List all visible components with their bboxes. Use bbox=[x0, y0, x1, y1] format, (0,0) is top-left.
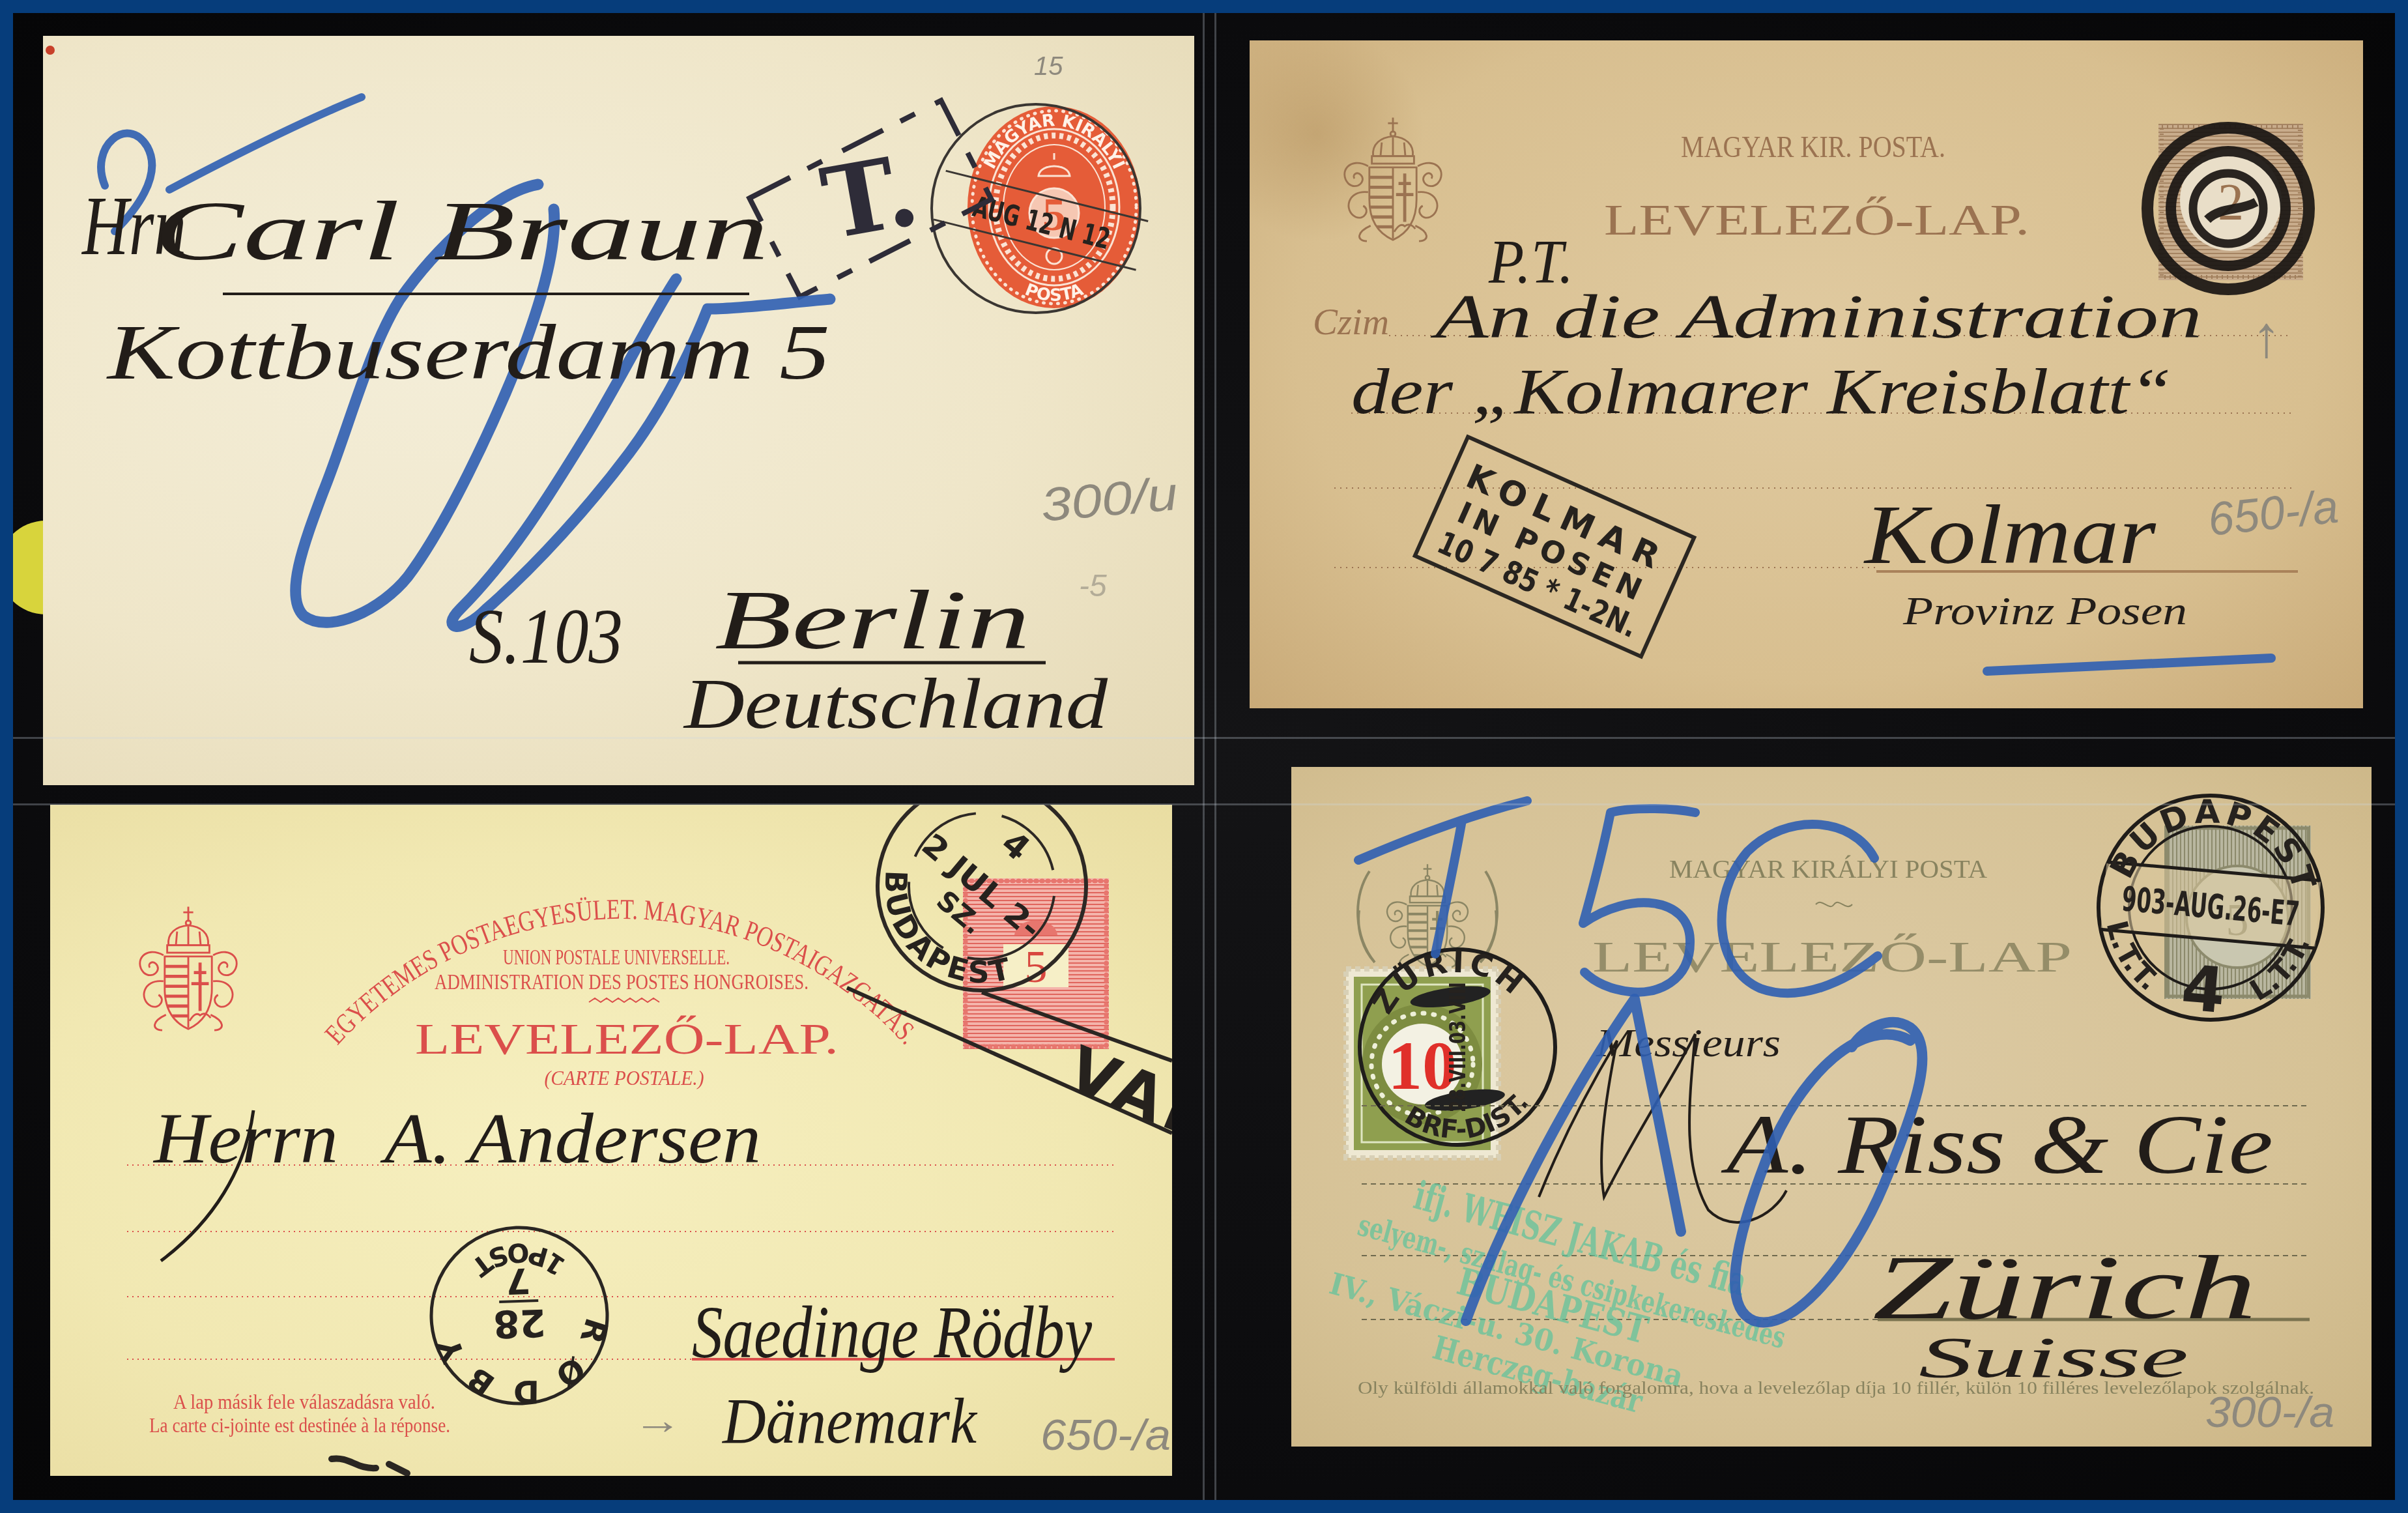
address-city: Zürich bbox=[1872, 1237, 2257, 1338]
printed-title: LEVELEZŐ-LAP bbox=[1592, 932, 2072, 981]
address-country: Suisse bbox=[1919, 1327, 2188, 1390]
crayon-small-slash bbox=[169, 97, 362, 190]
printed-header: MAGYAR KIR. POSTA. bbox=[1681, 130, 1945, 164]
address-line-1: An die Administration bbox=[1430, 282, 2202, 351]
tax-handstamp: T. bbox=[743, 88, 997, 308]
printed-subtitle: (CARTE POSTALE.) bbox=[545, 1066, 704, 1089]
address-line-2: der „Kolmarer Kreisblatt“ bbox=[1351, 355, 2171, 427]
reply-note-hungarian: A lap másik fele válaszadásra való. bbox=[173, 1390, 435, 1413]
address-country: Deutschland bbox=[683, 664, 1109, 743]
postcard-zurich-graphics: MAGYAR KIRÁLYI POSTA LEVELEZŐ-LAP 5 903-… bbox=[1291, 767, 2372, 1447]
envelope-berlin-graphics: 5 MAGYAR KIRÁLYI POSTA AUG 12 N 12 T. bbox=[43, 36, 1194, 785]
postcard-kolmar-graphics: MAGYAR KIR. POSTA. LEVELEZŐ-LAP. 2 P.T. … bbox=[1250, 40, 2363, 708]
printed-header: MAGYAR KIRÁLYI POSTA bbox=[1669, 854, 1987, 884]
postmark-day: 28 bbox=[493, 1301, 547, 1347]
ornament-squiggle bbox=[589, 998, 659, 1002]
address-district: S.103 bbox=[469, 593, 623, 680]
red-dot bbox=[46, 46, 55, 55]
address-label: Czim bbox=[1313, 302, 1389, 343]
postcard-rodby: EGYETEMES POSTAEGYESÜLET. MAGYAR POSTAIG… bbox=[50, 805, 1172, 1476]
ink-smudge bbox=[332, 1458, 407, 1473]
address-city: Berlin bbox=[715, 573, 1030, 667]
address-name: A. Andersen bbox=[379, 1099, 761, 1178]
pencil-price-note: 650-/a bbox=[1040, 1411, 1171, 1459]
pencil-corner-note: 15 bbox=[1034, 52, 1063, 81]
pencil-price-note: 650-/a bbox=[2205, 480, 2340, 545]
printed-title: LEVELEZŐ-LAP. bbox=[1604, 195, 2029, 244]
coat-of-arms-icon bbox=[140, 907, 237, 1031]
address-country: Dänemark bbox=[721, 1385, 977, 1457]
address-salutation: Messieurs bbox=[1596, 1021, 1781, 1065]
pencil-arrow-icon: ↑ bbox=[2252, 304, 2281, 369]
address-name: Carl Braun bbox=[154, 184, 769, 278]
arrival-postmark-rodby: RØDBY 28 7 1POST bbox=[422, 1224, 618, 1413]
address-salutation: Herrn bbox=[152, 1099, 338, 1178]
envelope-berlin: 5 MAGYAR KIRÁLYI POSTA AUG 12 N 12 T. bbox=[43, 36, 1194, 785]
postcard-rodby-graphics: EGYETEMES POSTAEGYESÜLET. MAGYAR POSTAIG… bbox=[50, 805, 1172, 1476]
postcard-zurich: MAGYAR KIRÁLYI POSTA LEVELEZŐ-LAP 5 903-… bbox=[1291, 767, 2372, 1447]
crayon-t-stem bbox=[1435, 820, 1462, 954]
stamp-value: 2 bbox=[2218, 174, 2244, 231]
printed-admin-line: ADMINISTRATION DES POSTES HONGROISES. bbox=[435, 970, 809, 994]
pencil-price-note: 300/u bbox=[1039, 468, 1179, 532]
blue-crayon-tax-mark: T bbox=[1358, 801, 1527, 954]
ornament-icon bbox=[1816, 902, 1852, 906]
address-street: Kottbuserdamm 5 bbox=[106, 309, 830, 396]
pencil-price-note: 300-/a bbox=[2205, 1388, 2334, 1436]
crayon-t-bar bbox=[1358, 801, 1527, 860]
pencil-tick-note: -5 bbox=[1079, 569, 1107, 603]
address-name: A. Riss & Cie bbox=[1721, 1098, 2273, 1192]
reply-note-french: La carte ci-jointe est destinée à la rép… bbox=[149, 1413, 450, 1437]
address-city: Kolmar bbox=[1863, 488, 2157, 582]
sender-cachet: ifj. WEISZ JAKAB és fia selyem-, szalag-… bbox=[1316, 1157, 1801, 1447]
postmark-date: 28.VIII.03.VIII bbox=[1445, 982, 1471, 1112]
blue-crayon-underline bbox=[1987, 658, 2271, 671]
printed-upu-line: UNION POSTALE UNIVERSELLE. bbox=[503, 945, 730, 970]
pencil-arrow-icon: → bbox=[633, 1398, 682, 1442]
stamp-value: 5 bbox=[1025, 942, 1048, 992]
postcard-kolmar: MAGYAR KIR. POSTA. LEVELEZŐ-LAP. 2 P.T. … bbox=[1250, 40, 2363, 708]
concentric-ring-cancel bbox=[2147, 128, 2309, 289]
printed-title: LEVELEZŐ-LAP. bbox=[415, 1014, 838, 1063]
boxed-cancel-text: VAR bbox=[1057, 1032, 1172, 1159]
postmark-office: 4 bbox=[2179, 951, 2228, 1028]
address-province: Provinz Posen bbox=[1902, 589, 2187, 633]
sleeve-edge-vertical-right bbox=[1214, 13, 1216, 1500]
tax-handstamp-letter: T. bbox=[814, 133, 926, 262]
coat-of-arms-icon bbox=[1345, 118, 1442, 242]
address-city: Saedinge Rödby bbox=[692, 1291, 1093, 1374]
boxed-postmark-kolmar: KOLMAR IN POSEN 10 7 85 * 1-2N. bbox=[1415, 437, 1694, 656]
sleeve-edge-vertical-left bbox=[1203, 13, 1205, 1500]
